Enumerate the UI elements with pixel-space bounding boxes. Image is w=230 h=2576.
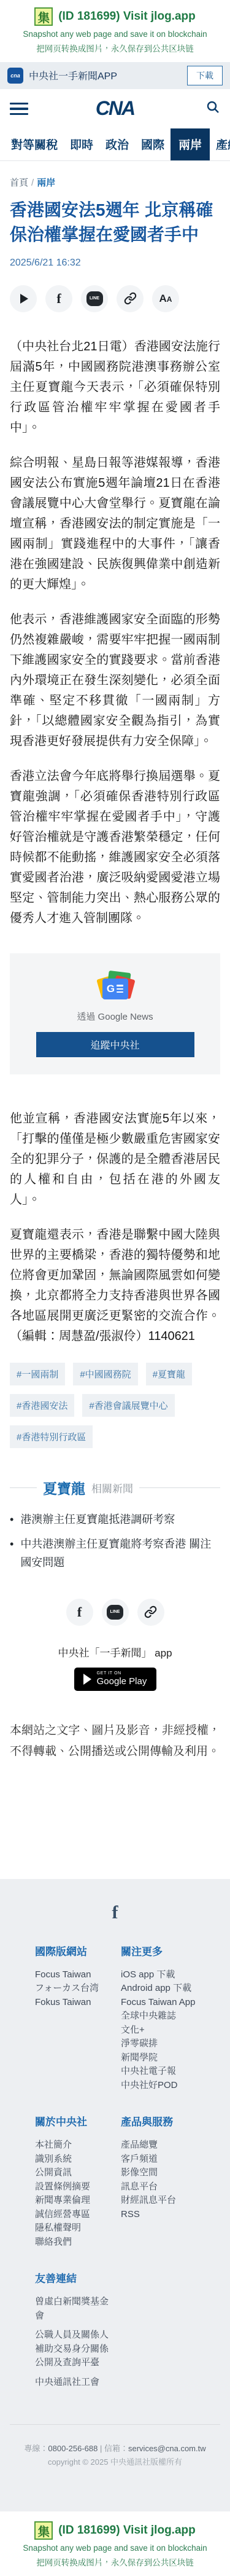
search-icon[interactable] [202, 100, 220, 117]
article-paragraph: 他並宣稱，香港國安法實施5年以來，「打擊的僅僅是極少數嚴重危害國家安全的犯罪分子… [10, 1109, 220, 1210]
footer-link[interactable]: Fokus Taiwan [35, 1996, 113, 2010]
cna-app-icon: cna [7, 68, 23, 84]
tag-chip[interactable]: #香港國安法 [10, 1394, 74, 1417]
footer-link[interactable]: フォーカス台湾 [35, 1982, 113, 1996]
related-news-item[interactable]: 港澳辦主任夏寶龍抵港調研考察 [10, 1510, 220, 1529]
page-title: 香港國安法5週年 北京稱確保治權掌握在愛國者手中 [10, 198, 220, 247]
footer-section-products: 產品與服務 產品總覽 客戶頻道 影像空間 訊息平台 財經訊息平台 RSS [121, 2113, 230, 2249]
footer-link[interactable]: 新聞專業倫理 [35, 2194, 113, 2208]
footer-link[interactable]: 曾虛白新聞獎基金會 [35, 2295, 113, 2323]
jlog-subtitle-en: Snapshot any web page and save it on blo… [0, 29, 230, 41]
footer-link[interactable]: 聯絡我們 [35, 2235, 113, 2250]
footer-link[interactable]: 淨零碳排 [121, 2037, 223, 2051]
section-nav: 對等關稅 即時 政治 國際 兩岸 產經 [0, 128, 230, 161]
jlog-banner-link[interactable]: (ID 181699) Visit jlog.app [58, 10, 196, 23]
google-news-caption: 透過 Google News [77, 1010, 153, 1023]
related-news-item[interactable]: 中共港澳辦主任夏寶龍將考察香港 關注國安問題 [10, 1535, 220, 1572]
tag-chip[interactable]: #香港特別行政區 [10, 1425, 93, 1448]
tag-chip[interactable]: #中國國務院 [73, 1363, 137, 1385]
listen-button[interactable] [10, 285, 37, 312]
footer-link[interactable]: iOS app 下載 [121, 1968, 223, 1982]
email-address[interactable]: services@cna.com.tw [128, 2444, 206, 2453]
google-news-icon: G [97, 972, 134, 1002]
menu-icon[interactable] [10, 103, 28, 116]
nav-item-cross-strait[interactable]: 兩岸 [171, 128, 210, 160]
phone-number[interactable]: 0800-256-688 [48, 2444, 98, 2453]
footer-link[interactable]: 影像空間 [121, 2166, 223, 2180]
footer-link[interactable]: 文化+ [121, 2023, 223, 2038]
related-keyword[interactable]: 夏寶龍 [43, 1478, 85, 1498]
footer-section-about: 關於中央社 本社簡介 識別系統 公開資訊 設置條例摘要 新聞專業倫理 誠信經營專… [35, 2113, 121, 2249]
footer-section-title: 產品與服務 [121, 2113, 223, 2129]
jlog-banner-top: 集 (ID 181699) Visit jlog.app Snapshot an… [0, 0, 230, 62]
footer-link[interactable]: 新聞學院 [121, 2051, 223, 2065]
share-line-button[interactable]: LINE [81, 285, 108, 312]
nav-item-politics[interactable]: 政治 [99, 128, 135, 160]
footer-contact: 專線：0800-256-688 | 信箱：services@cna.com.tw [0, 2442, 230, 2455]
share-facebook-button[interactable]: f [45, 285, 72, 312]
jlog-banner-link[interactable]: (ID 181699) Visit jlog.app [58, 2524, 196, 2537]
article-date: 2025/6/21 16:32 [10, 258, 220, 269]
footer-link[interactable]: 訊息平台 [121, 2180, 223, 2194]
line-icon: LINE [107, 1605, 123, 1620]
footer-link[interactable]: 中央通訊社工會 [35, 2376, 113, 2390]
jlog-subtitle-zh: 把网页转换成图片，永久保存到公共区块链 [0, 44, 230, 55]
footer-link[interactable]: 產品總覽 [121, 2138, 223, 2153]
article-body-continued: 他並宣稱，香港國安法實施5年以來，「打擊的僅僅是極少數嚴重危害國家安全的犯罪分子… [10, 1109, 220, 1347]
footer-divider [10, 2424, 220, 2425]
footer-link[interactable]: Android app 下載 [121, 1982, 223, 1996]
copy-link-button[interactable] [117, 285, 144, 312]
footer-section-international: 國際版網站 Focus Taiwan フォーカス台湾 Fokus Taiwan [35, 1943, 121, 2093]
app-promo: 中央社「一手新聞」 app GET IT ON Google Play [0, 1644, 230, 1691]
related-news-list: 港澳辦主任夏寶龍抵港調研考察 中共港澳辦主任夏寶龍將考察香港 關注國安問題 [10, 1510, 220, 1572]
nav-item-instant[interactable]: 即時 [64, 128, 99, 160]
footer-link[interactable]: 識別系統 [35, 2153, 113, 2167]
footer-copyright: copyright © 2025 中央通訊社版權所有 [0, 2456, 230, 2467]
footer-section-title: 國際版網站 [35, 1943, 113, 1958]
article-paragraph: 綜合明報、星島日報等港媒報導，香港國安法公布實施5週年論壇21日在香港會議展覽中… [10, 453, 220, 595]
share-line-button[interactable]: LINE [102, 1599, 129, 1626]
nav-item-international[interactable]: 國際 [135, 128, 171, 160]
footer-link[interactable]: Focus Taiwan [35, 1968, 113, 1982]
copyright-notice: 本網站之文字、圖片及影音，非經授權，不得轉載、公開播送或公開傳輸及利用。 [10, 1720, 220, 1762]
jlog-subtitle-en: Snapshot any web page and save it on blo… [0, 2543, 230, 2554]
font-size-button[interactable]: AA [152, 285, 179, 312]
app-download-button[interactable]: 下載 [187, 66, 223, 85]
footer-link[interactable]: 客戶頻道 [121, 2153, 223, 2167]
related-label: 相關新聞 [91, 1480, 133, 1495]
follow-cna-button[interactable]: 追蹤中央社 [36, 1032, 194, 1057]
share-toolbar: f LINE AA [10, 285, 220, 312]
app-bar-title: 中央社一手新聞APP [29, 68, 182, 82]
footer-section-friendly-links: 友善連結 曾虛白新聞獎基金會 公職人員及關係人補助交易身分關係公開及查詢平臺 中… [35, 2270, 121, 2395]
site-header: CNA [0, 89, 230, 128]
footer-link[interactable]: 設置條例摘要 [35, 2180, 113, 2194]
footer-link[interactable]: 公開資訊 [35, 2166, 113, 2180]
footer-section-title: 友善連結 [35, 2270, 113, 2285]
footer-link[interactable]: 財經訊息平台 [121, 2194, 223, 2208]
footer-link[interactable]: 中央社好POD [121, 2079, 223, 2093]
tag-chip[interactable]: #香港會議展覽中心 [82, 1394, 174, 1417]
google-play-badge[interactable]: GET IT ON Google Play [74, 1668, 156, 1691]
footer-link[interactable]: 公職人員及關係人補助交易身分關係公開及查詢平臺 [35, 2328, 113, 2370]
footer-facebook-icon[interactable]: f [0, 1902, 230, 1923]
jlog-logo-icon: 集 [34, 2521, 53, 2540]
tag-list: #一國兩制#中國國務院#夏寶龍#香港國安法#香港會議展覽中心#香港特別行政區 [10, 1363, 220, 1457]
copy-link-button[interactable] [137, 1599, 164, 1626]
app-download-bar: cna 中央社一手新聞APP 下載 [0, 62, 230, 89]
google-play-badge-top: GET IT ON [97, 1671, 147, 1676]
facebook-icon: f [56, 291, 61, 307]
phone-label: 專線： [24, 2444, 48, 2453]
font-size-icon: AA [159, 293, 172, 305]
link-icon [144, 1605, 157, 1618]
nav-item-tariff[interactable]: 對等關稅 [5, 128, 64, 160]
email-label: 信箱： [104, 2444, 128, 2453]
article-paragraph: 他表示，香港維護國家安全面臨的形勢仍然複雜嚴峻，需要牢牢把握一國兩制下維護國家安… [10, 610, 220, 752]
related-news: 夏寶龍 相關新聞 港澳辦主任夏寶龍抵港調研考察 中共港澳辦主任夏寶龍將考察香港 … [0, 1478, 230, 1572]
breadcrumb-home[interactable]: 首頁 [10, 178, 28, 188]
tag-chip[interactable]: #一國兩制 [10, 1363, 65, 1385]
footer-link[interactable]: 全球中央雜誌 [121, 2009, 223, 2023]
footer-link[interactable]: Focus Taiwan App [121, 1996, 223, 2010]
nav-item-business[interactable]: 產經 [210, 128, 230, 160]
footer-section-title: 關於中央社 [35, 2113, 113, 2129]
article-body: （中央社台北21日電）香港國安法施行屆滿5年，中國國務院港澳事務辦公室主任夏寶龍… [10, 337, 220, 929]
line-icon: LINE [86, 291, 103, 306]
footer-link[interactable]: 本社簡介 [35, 2138, 113, 2153]
footer-link[interactable]: RSS [121, 2208, 223, 2222]
cna-logo[interactable]: CNA [96, 97, 134, 119]
article-paragraph: 夏寶龍還表示，香港是聯繫中國大陸與世界的主要橋梁，香港的獨特優勢和地位將會更加鞏… [10, 1225, 220, 1347]
footer-section-title: 關注更多 [121, 1943, 223, 1958]
breadcrumb-section[interactable]: 兩岸 [37, 178, 55, 188]
facebook-icon: f [77, 1604, 82, 1620]
footer-link[interactable]: 中央社電子報 [121, 2065, 223, 2079]
app-promo-title: 中央社「一手新聞」 app [0, 1644, 230, 1660]
breadcrumb-separator: / [31, 178, 34, 188]
footer-link[interactable]: 隱私權聲明 [35, 2221, 113, 2235]
footer-link[interactable]: 誠信經營專區 [35, 2208, 113, 2222]
link-icon [124, 292, 137, 305]
jlog-subtitle-zh: 把网页转换成图片，永久保存到公共区块链 [0, 2558, 230, 2569]
google-play-badge-bottom: Google Play [97, 1676, 147, 1687]
play-icon [20, 294, 28, 304]
share-facebook-button[interactable]: f [66, 1599, 93, 1626]
google-play-icon [83, 1674, 91, 1685]
tag-chip[interactable]: #夏寶龍 [146, 1363, 192, 1385]
related-news-header: 夏寶龍 相關新聞 [10, 1478, 220, 1498]
article-paragraph: 香港立法會今年底將舉行換屆選舉。夏寶龍強調，「必須確保香港特別行政區管治權牢牢掌… [10, 766, 220, 929]
contact-divider: | [100, 2444, 102, 2453]
google-news-box: G 透過 Google News 追蹤中央社 [10, 953, 220, 1074]
share-toolbar-bottom: f LINE [10, 1599, 220, 1626]
breadcrumb: 首頁/兩岸 [10, 176, 220, 189]
jlog-logo-icon: 集 [34, 7, 53, 26]
footer-section-follow-more: 關注更多 iOS app 下載 Android app 下載 Focus Tai… [121, 1943, 230, 2093]
footer-columns: 國際版網站 Focus Taiwan フォーカス台湾 Fokus Taiwan … [0, 1943, 230, 2416]
article-paragraph: （中央社台北21日電）香港國安法施行屆滿5年，中國國務院港澳事務辦公室主任夏寶龍… [10, 337, 220, 438]
jlog-banner-bottom: 集 (ID 181699) Visit jlog.app Snapshot an… [0, 2511, 230, 2576]
site-footer: f 國際版網站 Focus Taiwan フォーカス台湾 Fokus Taiwa… [0, 1879, 230, 2512]
